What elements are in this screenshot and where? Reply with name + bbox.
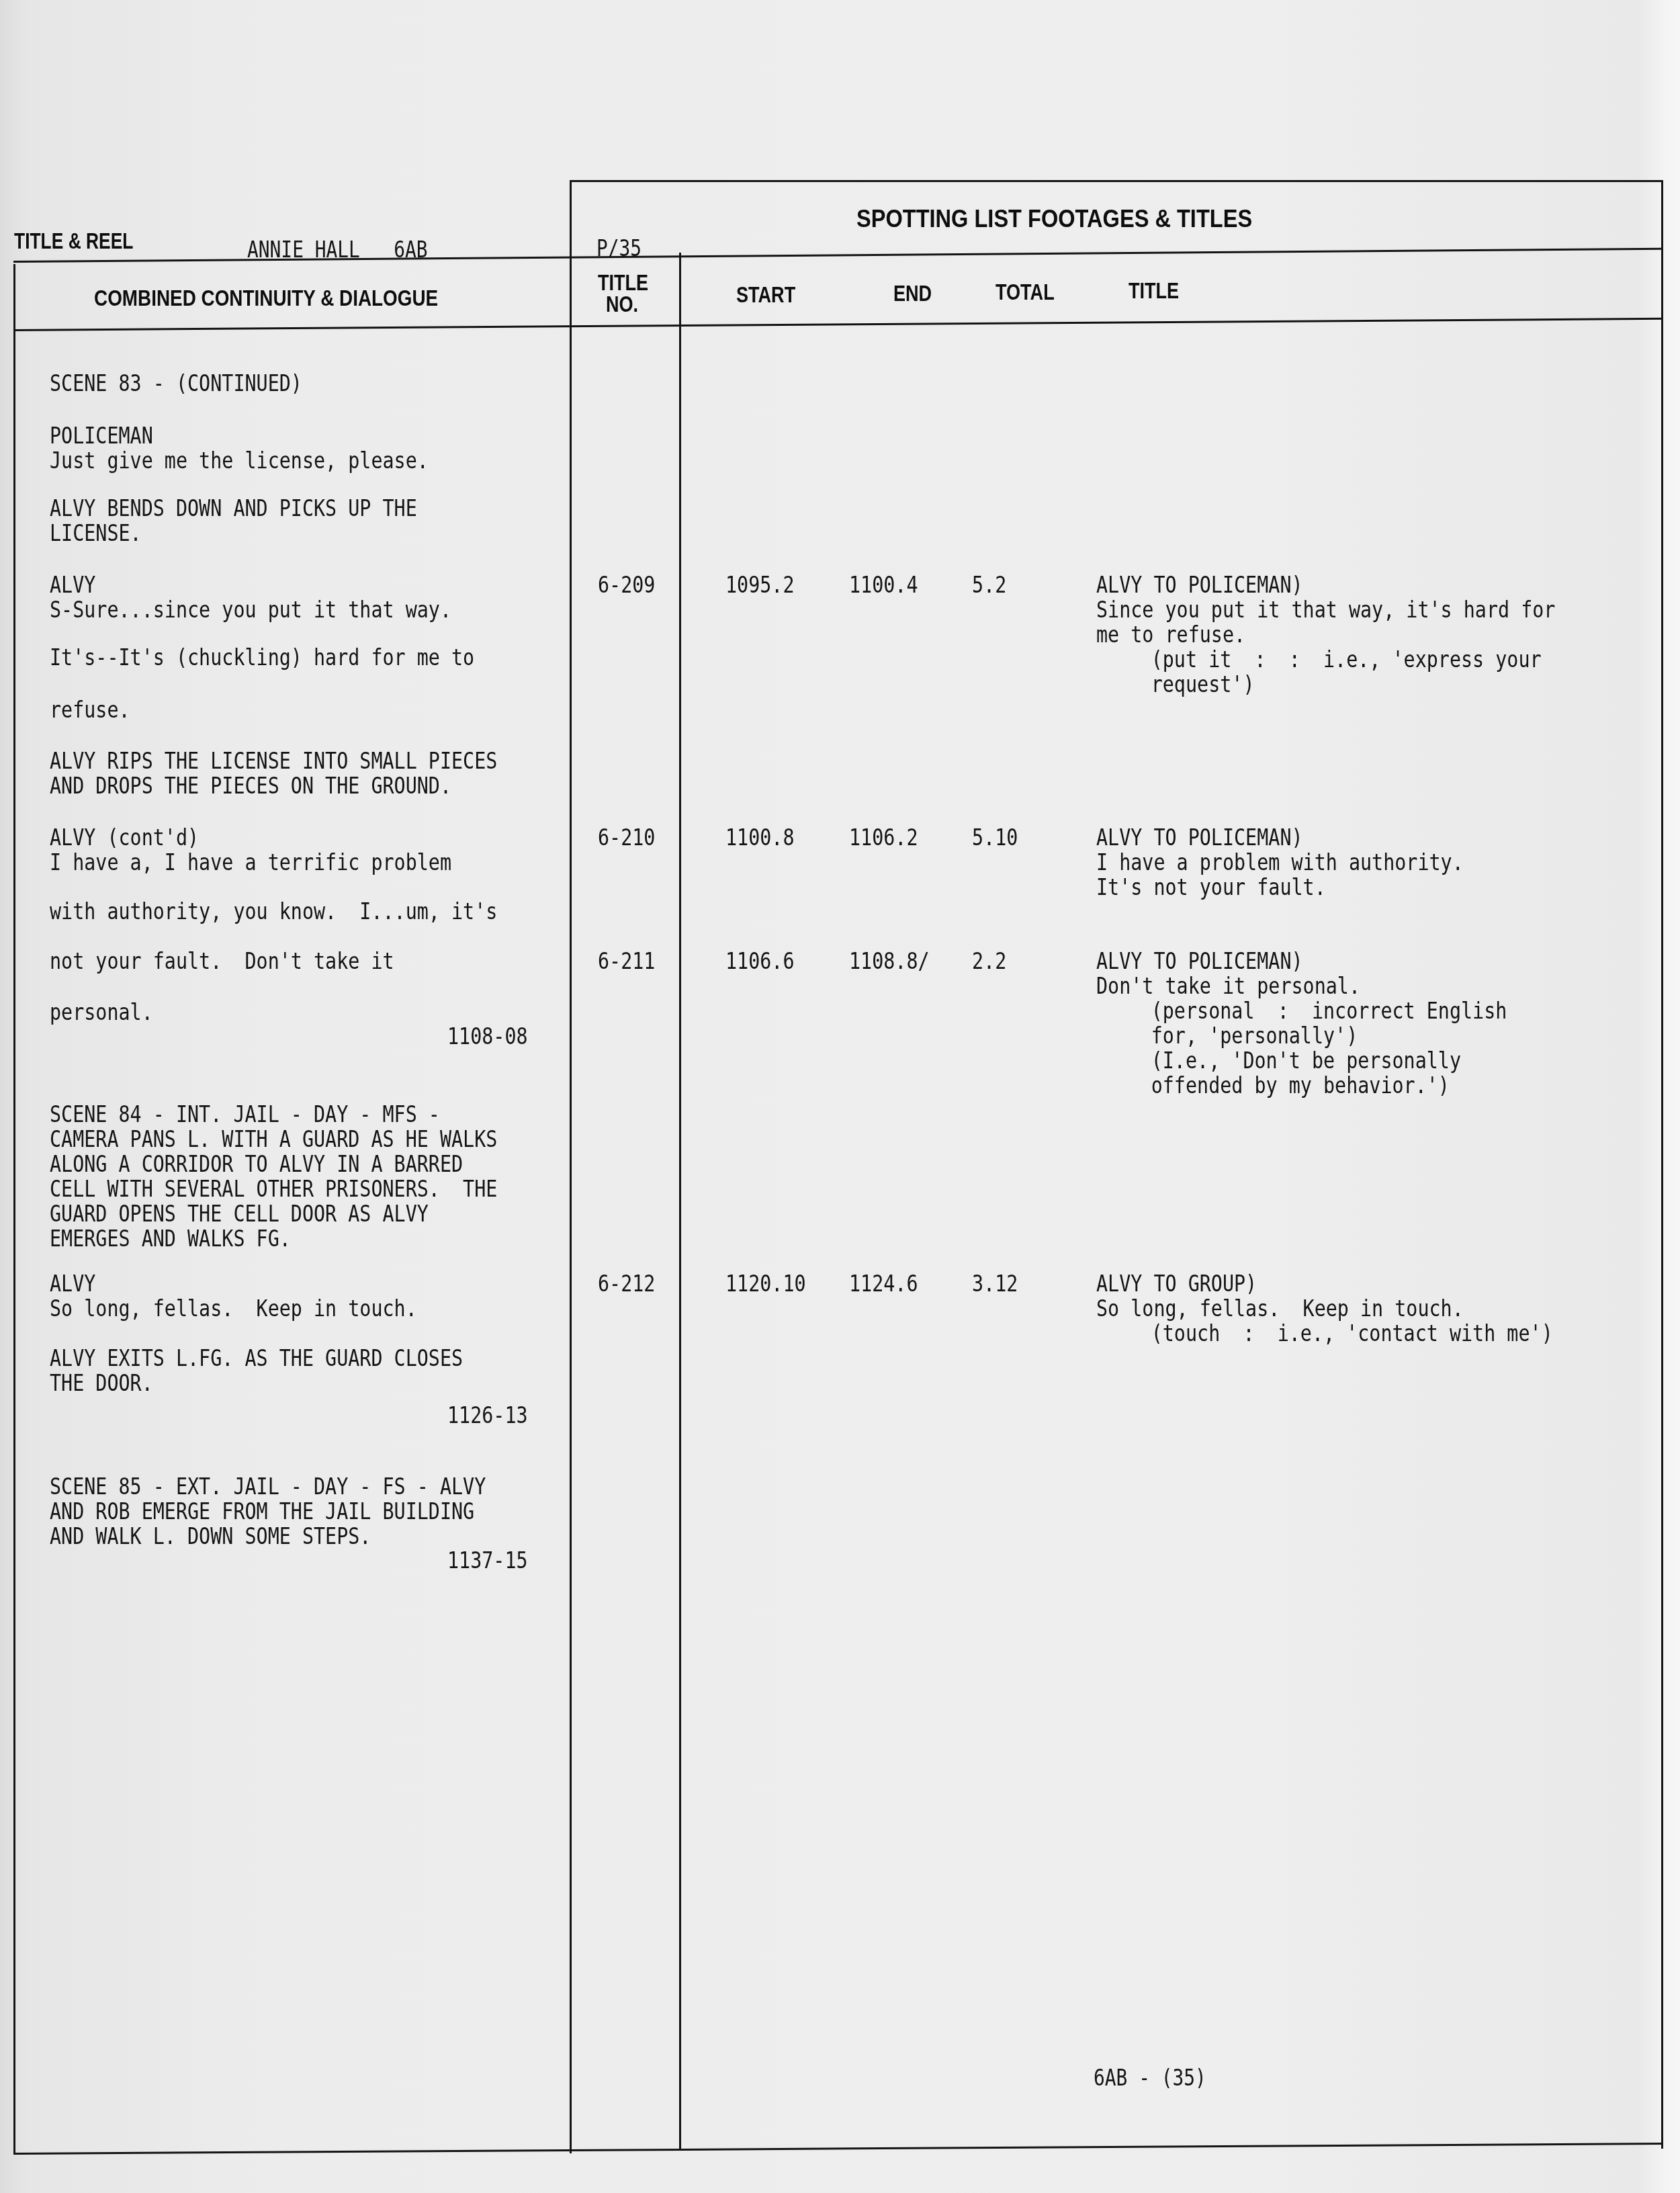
continuity-block: SCENE 85 - EXT. JAIL - DAY - FS - ALVYAN… — [50, 1474, 560, 1549]
continuity-line: EMERGES AND WALKS FG. — [50, 1226, 489, 1251]
subtitle-text: It's not your fault. — [1096, 875, 1464, 900]
continuity-line: ALONG A CORRIDOR TO ALVY IN A BARRED — [50, 1152, 489, 1176]
total-footage: 5.2 — [972, 572, 1006, 597]
subtitle-text: So long, fellas. Keep in touch. — [1096, 1296, 1553, 1321]
subtitle-text: Since you put it that way, it's hard for — [1096, 597, 1555, 622]
title-number: 6-211 — [598, 949, 655, 974]
header-box-top-rule — [570, 180, 1663, 182]
scene-end-footage: 1108-08 — [447, 1024, 528, 1049]
continuity-line: AND ROB EMERGE FROM THE JAIL BUILDING — [50, 1499, 489, 1524]
continuity-block: It's--It's (chuckling) hard for me to — [50, 645, 560, 670]
continuity-line: SCENE 83 - (CONTINUED) — [50, 371, 489, 396]
subtitle-text: Don't take it personal. — [1096, 974, 1507, 998]
start-footage: 1106.6 — [725, 949, 795, 974]
page-code: 6AB - (35) — [1094, 2065, 1206, 2092]
continuity-heading: COMBINED CONTINUITY & DIALOGUE — [94, 286, 438, 312]
subtitle-entry: ALVY TO POLICEMAN)Since you put it that … — [1096, 572, 1630, 697]
translation-note: (touch : i.e., 'contact with me') — [1096, 1321, 1553, 1346]
subtitle-speaker: ALVY TO GROUP) — [1096, 1271, 1553, 1296]
table-right-rule — [1661, 180, 1663, 2149]
total-footage: 5.10 — [972, 825, 1018, 850]
column-header-bottom-rule — [13, 318, 1663, 331]
continuity-line: AND DROPS THE PIECES ON THE GROUND. — [50, 773, 489, 798]
continuity-block: ALVY BENDS DOWN AND PICKS UP THELICENSE. — [50, 496, 560, 546]
spotting-list-heading: SPOTTING LIST FOOTAGES & TITLES — [856, 205, 1252, 233]
continuity-line: So long, fellas. Keep in touch. — [50, 1296, 489, 1321]
table-left-rule — [13, 264, 15, 2153]
subtitle-speaker: ALVY TO POLICEMAN) — [1096, 949, 1507, 974]
continuity-line: ALVY — [50, 572, 489, 597]
translation-note: for, 'personally') — [1096, 1023, 1507, 1048]
continuity-line: SCENE 84 - INT. JAIL - DAY - MFS - — [50, 1102, 489, 1127]
continuity-line: ALVY RIPS THE LICENSE INTO SMALL PIECES — [50, 748, 489, 773]
continuity-line: ALVY EXITS L.FG. AS THE GUARD CLOSES — [50, 1346, 489, 1371]
continuity-line: LICENSE. — [50, 521, 489, 546]
translation-note: request') — [1096, 672, 1555, 697]
continuity-block: SCENE 84 - INT. JAIL - DAY - MFS -CAMERA… — [50, 1102, 560, 1251]
start-footage: 1095.2 — [725, 572, 795, 597]
scene-end-footage: 1126-13 — [447, 1403, 528, 1428]
header-box-left-rule — [570, 180, 572, 264]
continuity-line: not your fault. Don't take it — [50, 949, 489, 974]
continuity-line: ALVY (cont'd) — [50, 825, 489, 850]
total-footage: 3.12 — [972, 1271, 1018, 1296]
title-no-heading-line2: NO. — [606, 292, 638, 317]
continuity-line: ALVY — [50, 1271, 489, 1296]
continuity-block: ALVY EXITS L.FG. AS THE GUARD CLOSESTHE … — [50, 1346, 560, 1395]
continuity-line: CELL WITH SEVERAL OTHER PRISONERS. THE — [50, 1176, 489, 1201]
continuity-line: AND WALK L. DOWN SOME STEPS. — [50, 1524, 489, 1549]
subtitle-text: me to refuse. — [1096, 622, 1555, 647]
translation-note: offended by my behavior.') — [1096, 1073, 1507, 1098]
continuity-line: Just give me the license, please. — [50, 448, 489, 473]
title-heading: TITLE — [1129, 278, 1179, 304]
end-footage: 1124.6 — [849, 1271, 918, 1296]
scene-end-footage: 1137-15 — [447, 1548, 528, 1573]
translation-note: (personal : incorrect English — [1096, 998, 1507, 1023]
start-footage: 1120.10 — [725, 1271, 806, 1296]
start-heading: START — [736, 282, 795, 308]
end-heading: END — [893, 281, 932, 306]
continuity-block: ALVYSo long, fellas. Keep in touch. — [50, 1271, 560, 1321]
continuity-block: with authority, you know. I...um, it's — [50, 899, 560, 924]
end-footage: 1108.8/ — [849, 949, 930, 974]
subtitle-text: I have a problem with authority. — [1096, 850, 1464, 875]
continuity-line: I have a, I have a terrific problem — [50, 850, 489, 875]
continuity-line: THE DOOR. — [50, 1371, 489, 1395]
subtitle-speaker: ALVY TO POLICEMAN) — [1096, 572, 1555, 597]
subtitle-entry: ALVY TO GROUP)So long, fellas. Keep in t… — [1096, 1271, 1627, 1346]
title-number: 6-209 — [598, 572, 655, 597]
continuity-block: SCENE 83 - (CONTINUED) — [50, 371, 560, 396]
continuity-line: S-Sure...since you put it that way. — [50, 597, 489, 622]
continuity-line: personal. — [50, 1000, 489, 1025]
continuity-block: ALVY RIPS THE LICENSE INTO SMALL PIECESA… — [50, 748, 560, 798]
subtitle-entry: ALVY TO POLICEMAN)Don't take it personal… — [1096, 949, 1574, 1098]
total-heading: TOTAL — [996, 279, 1055, 305]
continuity-block: ALVY (cont'd)I have a, I have a terrific… — [50, 825, 560, 875]
continuity-line: GUARD OPENS THE CELL DOOR AS ALVY — [50, 1201, 489, 1226]
continuity-line: POLICEMAN — [50, 423, 489, 448]
title-no-right-rule — [679, 253, 681, 2151]
continuity-block: refuse. — [50, 697, 560, 722]
continuity-line: ALVY BENDS DOWN AND PICKS UP THE — [50, 496, 489, 521]
start-footage: 1100.8 — [725, 825, 795, 850]
continuity-block: POLICEMANJust give me the license, pleas… — [50, 423, 560, 473]
title-number: 6-212 — [598, 1271, 655, 1296]
continuity-line: It's--It's (chuckling) hard for me to — [50, 645, 489, 670]
continuity-block: not your fault. Don't take it — [50, 949, 560, 974]
table-bottom-rule — [13, 2143, 1663, 2155]
translation-note: (put it : : i.e., 'express your — [1096, 647, 1555, 672]
continuity-line: refuse. — [50, 697, 489, 722]
subtitle-speaker: ALVY TO POLICEMAN) — [1096, 825, 1464, 850]
total-footage: 2.2 — [972, 949, 1006, 974]
title-number: 6-210 — [598, 825, 655, 850]
continuity-line: SCENE 85 - EXT. JAIL - DAY - FS - ALVY — [50, 1474, 489, 1499]
title-reel-label: TITLE & REEL — [14, 228, 133, 254]
end-footage: 1100.4 — [849, 572, 918, 597]
continuity-line: with authority, you know. I...um, it's — [50, 899, 489, 924]
title-no-left-rule — [570, 255, 572, 2153]
translation-note: (I.e., 'Don't be personally — [1096, 1048, 1507, 1073]
subtitle-entry: ALVY TO POLICEMAN)I have a problem with … — [1096, 825, 1523, 900]
end-footage: 1106.2 — [849, 825, 918, 850]
continuity-block: ALVYS-Sure...since you put it that way. — [50, 572, 560, 622]
continuity-line: CAMERA PANS L. WITH A GUARD AS HE WALKS — [50, 1127, 489, 1152]
continuity-block: personal. — [50, 1000, 560, 1025]
